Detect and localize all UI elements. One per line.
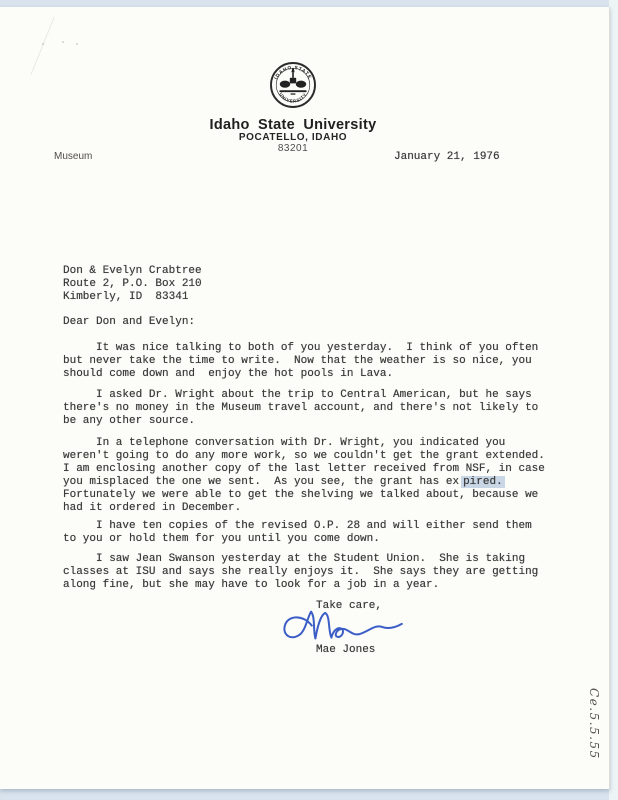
scanned-letter: IDAHO STATE UNIVERSITY Idaho State Unive…: [0, 0, 618, 800]
handwritten-catalog-note: Ce.5.5.55: [587, 688, 601, 784]
salutation: Dear Don and Evelyn:: [63, 316, 195, 329]
body-paragraph-3: In a telephone conversation with Dr. Wri…: [63, 437, 545, 515]
scan-speck: [42, 43, 44, 45]
scan-speck: [76, 43, 78, 45]
body-paragraph-4: I have ten copies of the revised O.P. 28…: [63, 520, 532, 546]
letter-page: IDAHO STATE UNIVERSITY Idaho State Unive…: [0, 7, 610, 789]
typed-signature-name: Mae Jones: [316, 644, 375, 657]
letter-date: January 21, 1976: [394, 151, 500, 164]
scan-scratch-mark: [30, 17, 54, 75]
highlighted-text: pired.: [461, 476, 505, 488]
university-name: Idaho State University: [0, 117, 586, 133]
body-paragraph-2: I asked Dr. Wright about the trip to Cen…: [63, 389, 538, 428]
scan-speck: [62, 41, 64, 43]
body-paragraph-5: I saw Jean Swanson yesterday at the Stud…: [63, 553, 538, 592]
body-paragraph-1: It was nice talking to both of you yeste…: [63, 342, 538, 381]
scanner-bed-edge: [609, 0, 618, 800]
department-label: Museum: [54, 151, 92, 162]
recipient-address: Don & Evelyn Crabtree Route 2, P.O. Box …: [63, 265, 202, 304]
university-city: POCATELLO, IDAHO: [0, 132, 586, 143]
paragraph-3-text: Fortunately we were able to get the shel…: [63, 489, 538, 514]
university-seal-icon: IDAHO STATE UNIVERSITY: [269, 61, 317, 109]
